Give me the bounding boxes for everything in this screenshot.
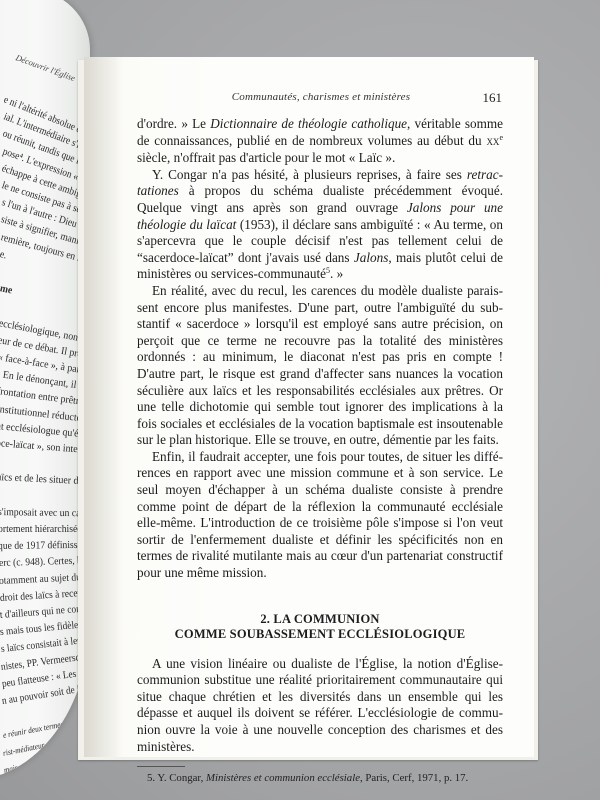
paragraph: En réalité, avec du recul, les carences … (137, 283, 503, 449)
left-running-head: Découvrir l'Église (13, 49, 78, 88)
footnote-rule (137, 766, 185, 767)
section-heading-line-2: COMME SOUBASSEMENT ECCLÉSIOLOGIQUE (137, 627, 503, 643)
running-title: Communautés, charismes et ministères (140, 91, 502, 103)
section-heading: 2. LA COMMUNION COMME SOUBASSEMENT ECCLÉ… (137, 612, 503, 643)
gutter-shadow (84, 57, 124, 757)
left-page-line: e. (0, 245, 9, 265)
right-page: Communautés, charismes et ministères 161… (84, 57, 534, 757)
paragraph: Enfin, il faudrait accepter, une fois po… (137, 449, 503, 582)
left-page-line: aïcs et de les situer dans une relation … (0, 468, 90, 494)
paragraph: Y. Congar n'a pas hésité, à plusieurs re… (137, 167, 503, 283)
page-number: 161 (483, 90, 503, 106)
footnote: 5. Y. Congar, Ministères et communion ec… (137, 772, 503, 785)
body-text: d'ordre. » Le Dictionnaire de théologie … (137, 116, 503, 785)
left-page: Découvrir l'Église e ni l'altérité absol… (0, 0, 90, 780)
paragraph: A une vision linéaire ou dualiste de l'É… (137, 656, 503, 756)
paragraph: d'ordre. » Le Dictionnaire de théologie … (137, 116, 503, 167)
running-head: Communautés, charismes et ministères 161 (140, 91, 502, 107)
left-page-line: me (0, 279, 14, 300)
section-heading-line-1: 2. LA COMMUNION (137, 612, 503, 628)
footnote-number: 5. (147, 772, 155, 784)
footnote-text: Y. Congar, Ministères et communion ecclé… (157, 772, 468, 784)
